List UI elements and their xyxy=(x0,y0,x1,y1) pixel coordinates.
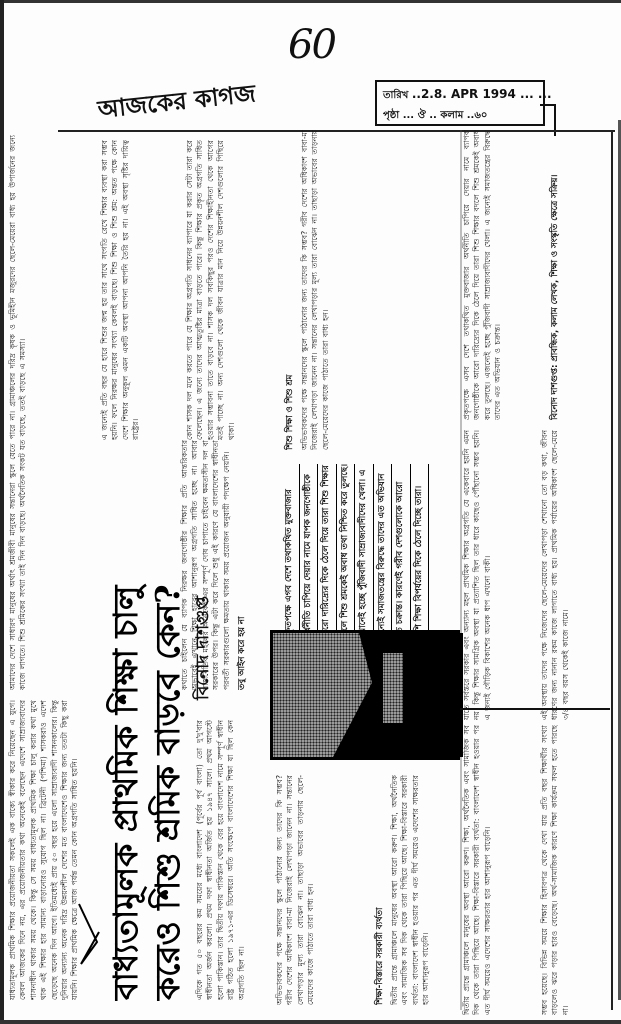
subhead-tobu-ain: তবু আইন করে হয় না xyxy=(235,440,249,690)
graphic-light-bar xyxy=(383,653,403,723)
newspaper-clipping-page: 60 আজকের কাগজ তারিখ ..2.8. APR 1994 ... … xyxy=(0,0,621,1024)
stamp-page-row: পৃষ্ঠা ... ঔ .. কলাম ..৬০ xyxy=(383,106,537,126)
stamp-page-value: ... ঔ .. xyxy=(403,110,437,121)
article-column-9: প্রকৃতপক্ষে এসব দেশে তথাকথিত মুক্তবাজার … xyxy=(462,130,542,420)
article-column-7: শিক্ষা-বিস্তারে সরকারী ব্যর্থতা দ্বিতীয়… xyxy=(370,775,460,1005)
article-column-8: শিশু শিক্ষা ও শিশু শ্রম অভিভাবকদের পক্ষে… xyxy=(280,130,460,450)
subhead-sarkari-byarthata: শিক্ষা-বিস্তারে সরকারী ব্যর্থতা xyxy=(373,775,387,1005)
handwritten-page-number: 60 xyxy=(288,22,335,68)
stamp-date-row: তারিখ ..2.8. APR 1994 ... ... xyxy=(383,84,537,106)
stamp-column-label: কলাম xyxy=(440,110,463,121)
author-note: বিনোদ দাশগুপ্ত: প্রাবন্ধিক, কলাম লেখক, শ… xyxy=(545,130,605,420)
article-column-6: অভিভাবকদের পক্ষে সন্তানদের স্কুলে পাঠানো… xyxy=(275,775,365,1005)
stamp-column-value: ..৬০ xyxy=(467,110,488,121)
author-footer-note: বিনোদ দাশগুপ্ত: প্রাবন্ধিক, কলাম লেখক, শ… xyxy=(548,130,562,420)
scan-edge-left xyxy=(0,0,4,1024)
pull-quote: প্রকৃতপক্ষে এগব দেশে তথাকথিত মুক্তবাজার … xyxy=(281,464,429,640)
article-column-13: সম্ভব হয়েছে। বিভিন্ন সময়ে শিক্ষার হিসা… xyxy=(540,725,615,1015)
subhead-shishu-shiksha: শিশু শিক্ষা ও শিশু শ্রম xyxy=(283,130,297,450)
article-column-4: এ জন্যেই প্রতি বছর যে হারে শিশুর জন্ম হয… xyxy=(100,140,180,440)
article-column-top-left: আমাদের দেশে সাধারণ মানুষের অর্থাৎ শ্রমজী… xyxy=(8,135,94,690)
article-column-1: যাধ্যতামূলক প্রাথমিক শিক্ষার প্রয়োজনীয়… xyxy=(8,700,94,1000)
scan-edge-bottom xyxy=(0,1020,621,1024)
section-divider xyxy=(460,708,610,710)
illustration-graphic xyxy=(270,630,460,760)
article-column-10: যাতে সর্বস্তরে সরকার এবং অন্যান্য মহল প্… xyxy=(462,430,537,720)
archive-stamp: তারিখ ..2.8. APR 1994 ... ... পৃষ্ঠা ...… xyxy=(375,80,545,126)
scan-edge-top xyxy=(0,0,621,3)
stamp-date-value: ..2.8. APR 1994 ... ... xyxy=(412,87,552,101)
stamp-page-label: পৃষ্ঠা xyxy=(383,110,399,121)
article-column-3: কথাতে চাইলেন যে ব্যাপক নিরক্ষর জনগোষ্ঠীর… xyxy=(180,440,270,690)
article-column-11: এই অবস্থায় তাদের পক্ষে নিজেদের ছেলে-মেয… xyxy=(540,430,615,720)
article-column-12: দ্বিতীয় প্রান্তে গ্রামাঞ্চলে মানুষের অব… xyxy=(462,725,537,1015)
article-column-5: কোন শাসক দল মনে করতে পারে যে শিক্ষার অগ্… xyxy=(185,140,270,440)
newspaper-masthead: আজকের কাগজ xyxy=(96,75,258,131)
article-column-2: এদিকে গত ৫০ বছরের কম সময়ের মধ্যে বাংলাদ… xyxy=(195,720,270,1000)
stamp-date-label: তারিখ xyxy=(383,90,408,101)
